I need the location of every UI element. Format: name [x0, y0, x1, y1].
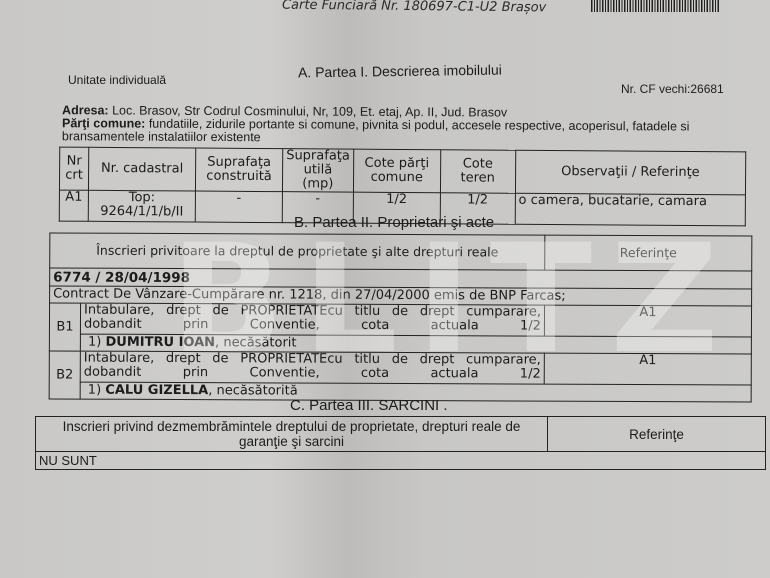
owner-name: CALU GIZELLA [105, 383, 208, 398]
col-common-share: Cote părţi comune [353, 149, 440, 193]
header-references: Referinţe [545, 235, 752, 271]
entry-id: B2 [49, 351, 80, 399]
entry-reference: A1 [544, 353, 751, 385]
barcode [591, 0, 719, 12]
address-block: Adresa: Loc. Brasov, Str Codrul Cosminul… [62, 104, 752, 147]
part-a-title: A. Partea I. Descrierea imobilului [298, 62, 502, 81]
entry-description: Intabulare, drept de PROPRIETATEcu titlu… [80, 303, 544, 336]
unit-label: Unitate individuală [68, 73, 166, 87]
header-encumbrances: Inscrieri privind dezmembrămintele drept… [36, 417, 548, 452]
header-references: Referinţe [548, 417, 766, 452]
col-usable-area: Suprafaţa utilă (mp) [282, 149, 353, 192]
col-land-share: Cote teren [440, 150, 515, 194]
cell-observations: o camera, bucatarie, camara [515, 193, 746, 226]
entry-desc-line2: dobandit prin Conventie, cota actuala 1/… [84, 318, 541, 334]
table-header-row: Inscrieri privind dezmembrămintele drept… [36, 417, 766, 452]
col-observations: Observaţii / Referinţe [515, 150, 746, 195]
cell-cadastral: Top: 9264/1/1/b/II [88, 190, 195, 222]
part-b-title: B. Partea II. Proprietari şi acte [294, 214, 494, 231]
owner-number: 1) [88, 383, 101, 398]
table-row: B1 Intabulare, drept de PROPRIETATEcu ti… [49, 303, 751, 337]
encumbrances-value: NU SUNT [36, 452, 766, 470]
owner-status: , necăsătorită [208, 383, 298, 398]
col-cadastral: Nr. cadastral [88, 147, 195, 191]
col-built-area: Suprafaţa construită [195, 148, 282, 192]
table-header-row: Nr crt Nr. cadastral Suprafaţa construit… [59, 147, 745, 195]
document-page: Carte Funciară Nr. 180697-C1-U2 Brașov U… [0, 0, 770, 578]
part-c-title: C. Partea III. SARCINI . [290, 397, 448, 414]
table-row: B2 Intabulare, drept de PROPRIETATEcu ti… [49, 351, 751, 385]
header-registrations: Înscrieri privitoare la dreptul de propr… [50, 233, 545, 270]
cell-built-area: - [195, 191, 282, 223]
encumbrances-table: Inscrieri privind dezmembrămintele drept… [35, 416, 766, 470]
entry-description: Intabulare, drept de PROPRIETATEcu titlu… [80, 351, 544, 384]
owner-status: , necăsătorit [215, 335, 297, 350]
table-row: NU SUNT [36, 452, 766, 470]
owner-name: DUMITRU IOAN [105, 335, 215, 350]
entry-reference: A1 [544, 305, 751, 337]
old-cf-number: Nr. CF vechi:26681 [621, 82, 724, 96]
document-header-title: Carte Funciară Nr. 180697-C1-U2 Brașov [282, 0, 546, 15]
common-parts-line: Părţi comune: fundatiile, zidurile porta… [62, 117, 752, 147]
owners-table: Înscrieri privitoare la dreptul de propr… [49, 232, 753, 402]
common-parts-value: fundatiile, zidurile portante si comune,… [62, 117, 690, 145]
col-nr-crt: Nr crt [59, 147, 88, 190]
owner-number: 1) [88, 335, 101, 350]
cell-nr-crt: A1 [59, 190, 88, 221]
entry-desc-line2: dobandit prin Conventie, cota actuala 1/… [84, 366, 541, 382]
table-header-row: Înscrieri privitoare la dreptul de propr… [50, 233, 752, 271]
entry-id: B1 [49, 303, 80, 351]
